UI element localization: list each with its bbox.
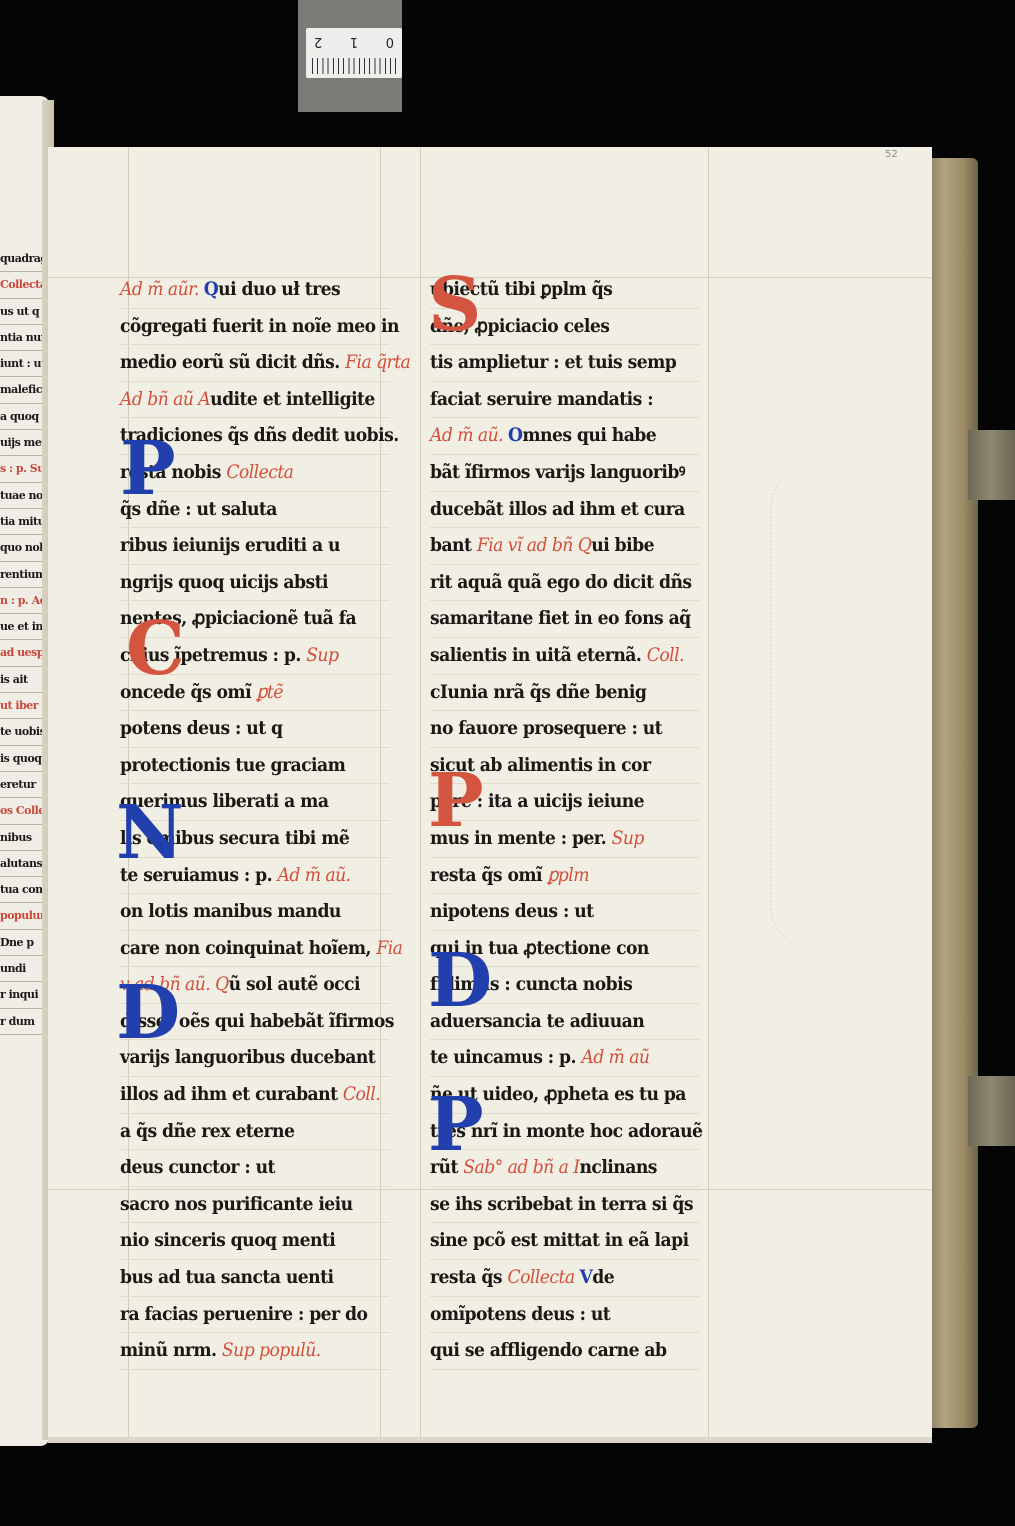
left-page-line: ntia nun [0, 325, 46, 351]
scale-number-1: 1 [350, 34, 358, 49]
text-line: Ad m̃ aũ. Omnes qui habe [430, 418, 700, 455]
left-page-line: quo nobis [0, 535, 46, 561]
body-text: minũ nrm. [120, 1340, 222, 1361]
text-line: resta q̃s Collecta Vde [430, 1260, 700, 1297]
body-text: no fauore prosequere : ut [430, 718, 662, 739]
text-line: ra facias peruenire : per do [120, 1297, 390, 1334]
left-page-line: a quoq [0, 404, 46, 430]
left-page-line: eretur [0, 772, 46, 798]
scale-label: 0 1 2 [306, 28, 402, 78]
text-line: salientis in uitã eternã. Coll. [430, 638, 700, 675]
body-text: bãt ĩfirmos varijs languoribꝰ [430, 462, 685, 483]
ruling-line [420, 147, 421, 1437]
scale-card: 0 1 2 [298, 0, 402, 112]
rubric-text: Coll. [343, 1084, 380, 1105]
rubric-text: Fia vĩ ad bñ [477, 535, 578, 556]
body-text: bus ad tua sancta uenti [120, 1267, 334, 1288]
body-text: ducebãt illos ad ihm et cura [430, 499, 685, 520]
left-page-line: rentium [0, 562, 46, 588]
body-text: rit aquã quã ego do dicit dñs [430, 572, 692, 593]
left-page-line: Dne p [0, 930, 46, 956]
text-line: nio sinceris quoq menti [120, 1223, 390, 1260]
scale-number-0: 0 [386, 34, 394, 49]
body-text: sacro nos purificante ieiu [120, 1194, 353, 1215]
text-line: omĩpotens deus : ut [430, 1297, 700, 1334]
left-page-line: tia mitur [0, 509, 46, 535]
text-line: medio eorũ sũ dicit dñs. Fia q̃rta [120, 345, 390, 382]
left-page-line: tuae nobis [0, 483, 46, 509]
left-page-line: uijs mentis [0, 430, 46, 456]
left-page-line: ue et in [0, 614, 46, 640]
text-line: sacro nos purificante ieiu [120, 1187, 390, 1224]
decorated-initial: D [116, 976, 180, 1050]
rubric-text: Ad m̃ aũr. [120, 279, 204, 300]
left-page-line: ad uespas [0, 640, 46, 666]
body-text: qui se affligendo carne ab [430, 1340, 666, 1361]
decorated-initial: P [428, 764, 484, 838]
blue-letter: V [579, 1267, 592, 1288]
left-page-line: ut iber fia [0, 693, 46, 719]
body-text: resta q̃s [430, 1267, 507, 1288]
clasp-upper [968, 430, 1015, 500]
text-line: bant Fia vĩ ad bñ Qui bibe [430, 528, 700, 565]
text-line: protectionis tue graciam [120, 748, 390, 785]
text-line: resta q̃s omĩ ꝑplm [430, 858, 700, 895]
rubric-text: Sup [612, 828, 644, 849]
left-page-line: us ut q [0, 299, 46, 325]
decorated-initial: D [428, 944, 492, 1018]
rubric-text: A [198, 389, 210, 410]
text-line: samaritane fiet in eo fons aq̃ [430, 601, 700, 638]
rubric-text: Fia q̃rta [345, 352, 410, 373]
marginal-flourish [770, 467, 852, 947]
rubric-text: Sup populũ. [222, 1340, 321, 1361]
body-text: se ihs scribebat in terra si q̃s [430, 1194, 693, 1215]
body-text: omĩpotens deus : ut [430, 1304, 610, 1325]
rubric-text: Coll. [647, 645, 684, 666]
left-page-line: maleficia [0, 377, 46, 403]
text-line: qui se affligendo carne ab [430, 1333, 700, 1370]
body-text: nclinans [579, 1157, 656, 1178]
body-text: tis amplietur : et tuis semp [430, 352, 676, 373]
body-text: deus cunctor : ut [120, 1157, 275, 1178]
body-text: medio eorũ sũ dicit dñs. [120, 352, 345, 373]
folio-number: 52 [885, 149, 898, 160]
rubric-text: Ad m̃ aũ. [277, 865, 350, 886]
body-text: faciat seruire mandatis : [430, 389, 653, 410]
body-text: ui bibe [591, 535, 654, 556]
text-line: ngrijs quoq uicijs absti [120, 565, 390, 602]
body-text: ra facias peruenire : per do [120, 1304, 367, 1325]
decorated-initial: P [428, 1088, 484, 1162]
body-text: salientis in uitã eternã. [430, 645, 647, 666]
book-binding-edge [930, 158, 978, 1428]
text-line: a q̃s dñe rex eterne [120, 1114, 390, 1151]
decorated-initial: N [116, 796, 184, 870]
body-text: ribus ieiunijs eruditi a u [120, 535, 340, 556]
body-text: cõgregati fuerit in noĩe meo in [120, 316, 399, 337]
rubric-text: ꝑplm [547, 865, 589, 886]
text-line: ducebãt illos ad ihm et cura [430, 492, 700, 529]
text-line: on lotis manibus mandu [120, 894, 390, 931]
decorated-initial: S [428, 268, 481, 342]
left-page-line: n : p. Ad b [0, 588, 46, 614]
left-page-line: r inqui [0, 982, 46, 1008]
body-text: care non coinquinat hoĩem, [120, 938, 376, 959]
text-line: minũ nrm. Sup populũ. [120, 1333, 390, 1370]
body-text: nipotens deus : ut [430, 901, 594, 922]
left-page-line: tua cona [0, 877, 46, 903]
left-page-line: te uobis [0, 719, 46, 745]
text-line: sine pcõ est mittat in eã lapi [430, 1223, 700, 1260]
blue-letter: Q [204, 279, 218, 300]
body-text: ngrijs quoq uicijs absti [120, 572, 328, 593]
left-page-line: iunt : ut [0, 351, 46, 377]
left-page-line: Collecta [0, 272, 46, 298]
body-text: resta q̃s omĩ [430, 865, 547, 886]
text-line: se ihs scribebat in terra si q̃s [430, 1187, 700, 1224]
rubric-text: Ad bñ aũ [120, 389, 198, 410]
text-line: tis amplietur : et tuis semp [430, 345, 700, 382]
text-line: faciat seruire mandatis : [430, 382, 700, 419]
body-text: de [592, 1267, 614, 1288]
rubric-text: Ad m̃ aũ. [430, 425, 508, 446]
text-line: rit aquã quã ego do dicit dñs [430, 565, 700, 602]
left-page-line: r dum [0, 1009, 46, 1035]
text-line: Ad m̃ aũr. Qui duo uł tres [120, 272, 390, 309]
body-text: ũ sol autẽ occi [229, 974, 360, 995]
decorated-initial: C [126, 612, 185, 686]
clasp-lower [968, 1076, 1015, 1146]
text-line: care non coinquinat hoĩem, Fia [120, 931, 390, 968]
left-page-line: s : p. Sup [0, 456, 46, 482]
text-line: potens deus : ut q [120, 711, 390, 748]
body-text: mnes qui habe [522, 425, 656, 446]
body-text: te uincamus : p. [430, 1047, 581, 1068]
blue-letter: O [508, 425, 522, 446]
body-text: protectionis tue graciam [120, 755, 345, 776]
body-text: a q̃s dñe rex eterne [120, 1121, 294, 1142]
body-text: nio sinceris quoq menti [120, 1230, 335, 1251]
body-text: ui duo uł tres [218, 279, 340, 300]
left-page-line: is ait [0, 667, 46, 693]
text-line: bãt ĩfirmos varijs languoribꝰ [430, 455, 700, 492]
rubric-text: Ad m̃ aũ [581, 1047, 649, 1068]
body-text: illos ad ihm et curabant [120, 1084, 343, 1105]
body-text: bant [430, 535, 477, 556]
body-text: cIunia nrã q̃s dñe benig [430, 682, 646, 703]
rubric-text: Sup [306, 645, 338, 666]
text-line: cIunia nrã q̃s dñe benig [430, 675, 700, 712]
rubric-text: Collecta [226, 462, 293, 483]
body-text: on lotis manibus mandu [120, 901, 341, 922]
left-page-text: quadragesimaCollectaus ut qntia nuniunt … [0, 246, 46, 1035]
body-text: potens deus : ut q [120, 718, 283, 739]
body-text: sine pcõ est mittat in eã lapi [430, 1230, 689, 1251]
decorated-initial: P [120, 432, 176, 506]
text-line: no fauore prosequere : ut [430, 711, 700, 748]
rubric-text: Fia [376, 938, 402, 959]
body-text: samaritane fiet in eo fons aq̃ [430, 608, 691, 629]
rubric-text: Q [578, 535, 592, 556]
left-page-line: nibus [0, 825, 46, 851]
text-line: nipotens deus : ut [430, 894, 700, 931]
text-line: ribus ieiunijs eruditi a u [120, 528, 390, 565]
text-line: bus ad tua sancta uenti [120, 1260, 390, 1297]
text-line: te uincamus : p. Ad m̃ aũ [430, 1040, 700, 1077]
rubric-text: ꝑtẽ [256, 682, 282, 703]
left-page-line: alutans [0, 851, 46, 877]
scale-number-2: 2 [314, 34, 322, 49]
text-line: illos ad ihm et curabant Coll. [120, 1077, 390, 1114]
left-page-line: undi [0, 956, 46, 982]
rubric-text: Collecta [507, 1267, 579, 1288]
scale-numbers: 0 1 2 [306, 34, 402, 49]
left-page-line: populum [0, 903, 46, 929]
text-line: cõgregati fuerit in noĩe meo in [120, 309, 390, 346]
scale-ticks [312, 58, 396, 74]
left-page-line: os Collecta [0, 798, 46, 824]
rubric-text: Q [215, 974, 229, 995]
body-text: udite et intelligite [210, 389, 375, 410]
left-page-line: quadragesima [0, 246, 46, 272]
left-page-line: is quoq [0, 746, 46, 772]
text-line: Ad bñ aũ Audite et intelligite [120, 382, 390, 419]
text-line: deus cunctor : ut [120, 1150, 390, 1187]
